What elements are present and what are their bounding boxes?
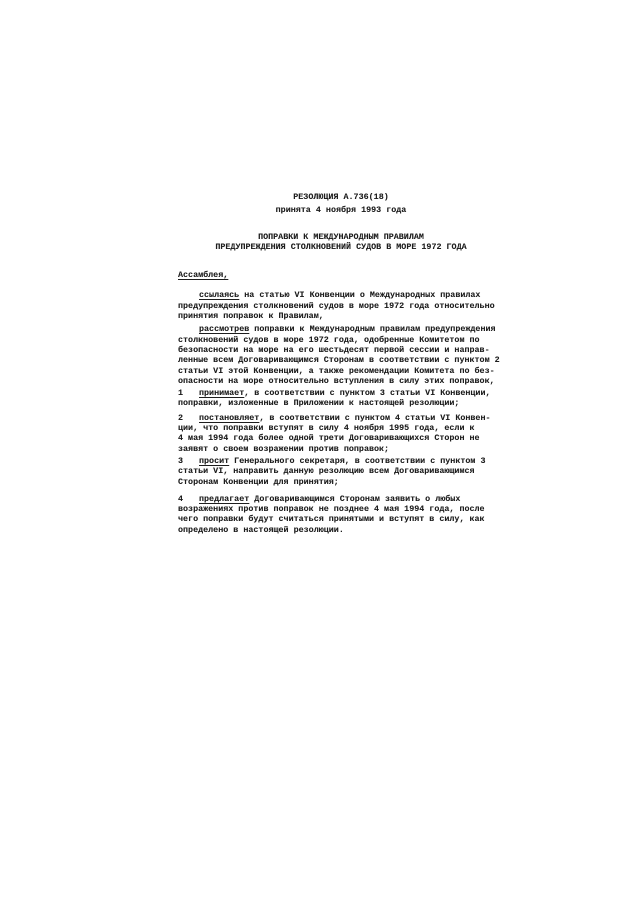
lead-word: просит — [199, 456, 229, 466]
paragraph-body: предлагает Договаривающимся Сторонам зая… — [178, 494, 504, 535]
document-title-line-1: ПОПРАВКИ К МЕЖДУНАРОДНЫМ ПРАВИЛАМ — [178, 232, 504, 242]
lead-word: предлагает — [199, 494, 249, 504]
paragraph-number: 1 — [178, 388, 183, 398]
operative-paragraph-1: 1 принимает, в соответствии с пунктом 3 … — [178, 388, 504, 409]
resolution-number: РЕЗОЛЮЦИЯ А.736(18) — [178, 192, 504, 202]
scanned-document-page: РЕЗОЛЮЦИЯ А.736(18) принята 4 ноября 199… — [0, 0, 640, 905]
document-title-line-2: ПРЕДУПРЕЖДЕНИЯ СТОЛКНОВЕНИЙ СУДОВ В МОРЕ… — [178, 242, 504, 252]
paragraph-body: рассмотрев поправки к Международным прав… — [178, 324, 504, 386]
paragraph-body: принимает, в соответствии с пунктом 3 ст… — [178, 388, 504, 409]
salutation: Ассамблея, — [178, 270, 504, 280]
document-title: ПОПРАВКИ К МЕЖДУНАРОДНЫМ ПРАВИЛАМ ПРЕДУП… — [178, 232, 504, 253]
operative-paragraph-3: 3 просит Генерального секретаря, в соотв… — [178, 456, 504, 487]
lead-word: постановляет — [199, 413, 259, 423]
resolution-document: РЕЗОЛЮЦИЯ А.736(18) принята 4 ноября 199… — [178, 192, 504, 535]
lead-word: принимает — [199, 388, 244, 398]
preamble-paragraph-recalling: ссылаясь на статью VI Конвенции о Междун… — [178, 290, 504, 321]
paragraph-body: просит Генерального секретаря, в соответ… — [178, 456, 504, 487]
preamble-paragraph-having-considered: рассмотрев поправки к Международным прав… — [178, 324, 504, 386]
paragraph-body: постановляет, в соответствии с пунктом 4… — [178, 413, 504, 454]
lead-word: рассмотрев — [199, 324, 249, 334]
operative-paragraph-4: 4 предлагает Договаривающимся Сторонам з… — [178, 494, 504, 535]
paragraph-number: 2 — [178, 413, 183, 423]
operative-paragraph-2: 2 постановляет, в соответствии с пунктом… — [178, 413, 504, 454]
salutation-text: Ассамблея, — [178, 270, 228, 280]
paragraph-number: 4 — [178, 494, 183, 504]
paragraph-number: 3 — [178, 456, 183, 466]
lead-word: ссылаясь — [199, 290, 239, 300]
adoption-date-line: принята 4 ноября 1993 года — [178, 205, 504, 215]
paragraph-body: ссылаясь на статью VI Конвенции о Междун… — [178, 290, 504, 321]
